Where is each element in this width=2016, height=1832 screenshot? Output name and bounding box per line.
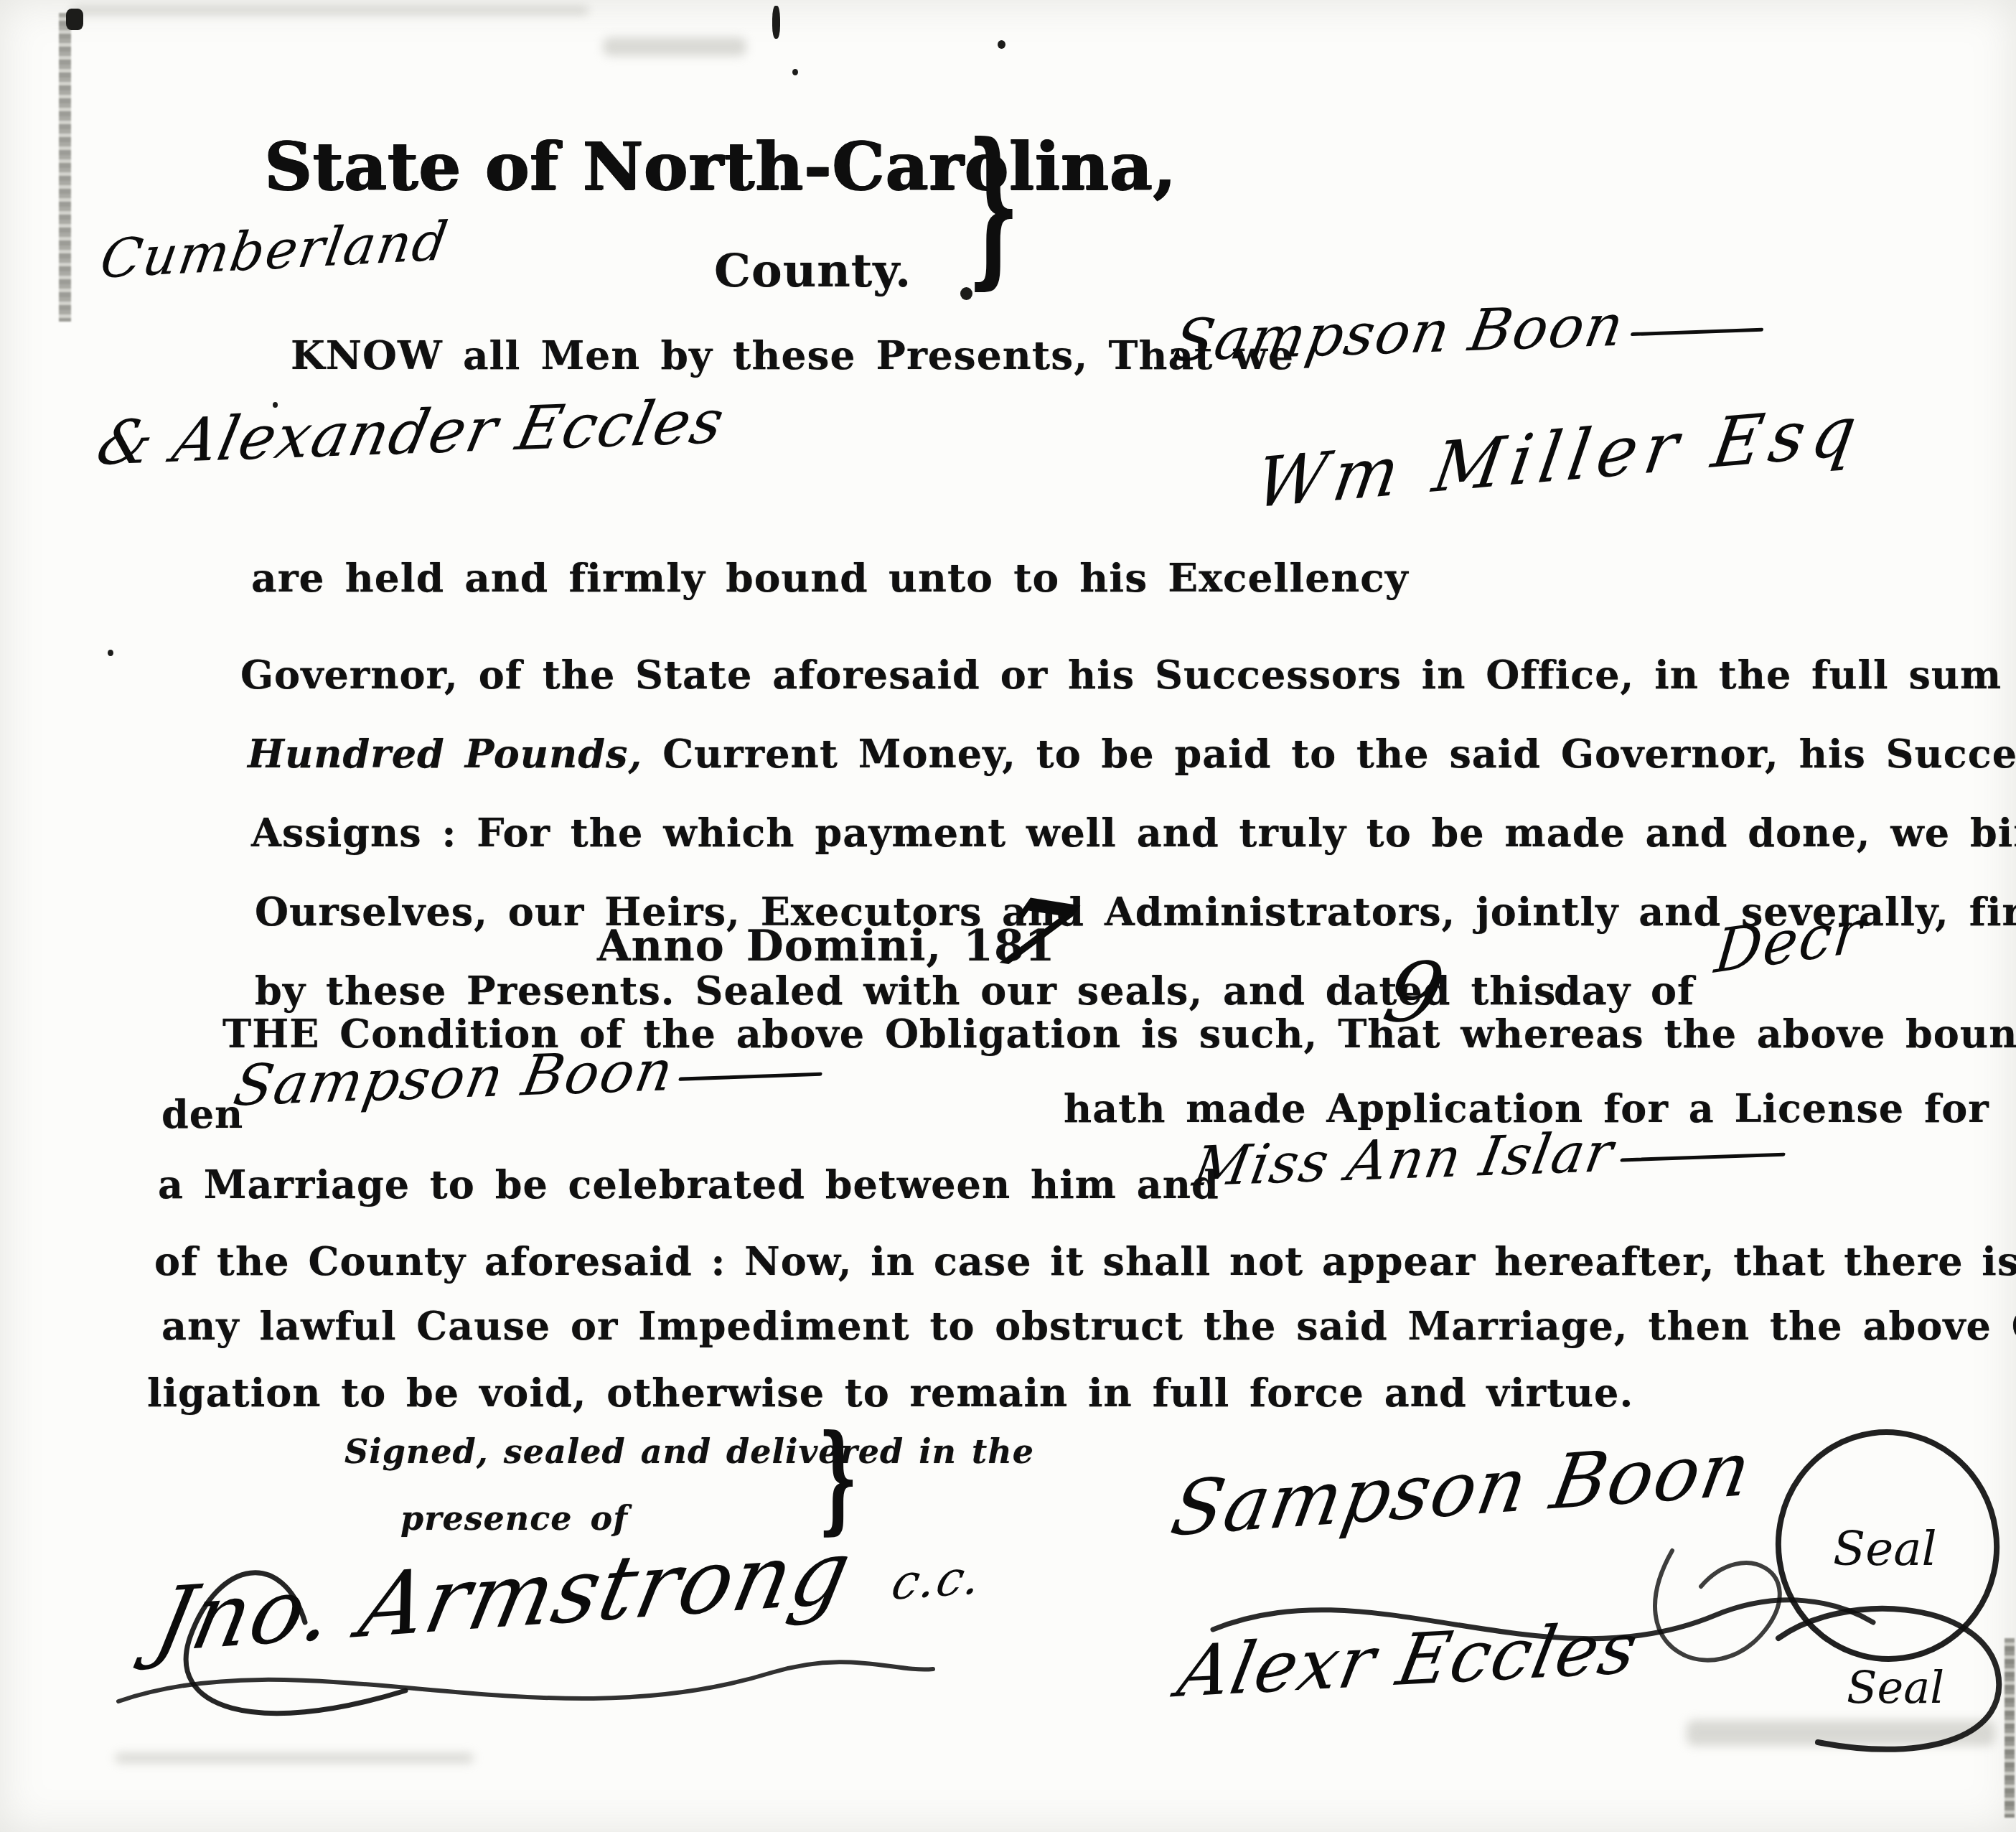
- handwritten-governor-name: Wm Miller Esq: [1250, 391, 1869, 524]
- heading-county-label: County.: [714, 244, 911, 298]
- ink-speck: [66, 9, 83, 30]
- principal-name-text: Sampson Boon: [1168, 291, 1630, 374]
- handwritten-principal-name: Sampson Boon: [1168, 286, 1771, 374]
- marriage-bond-document: State of North-Carolina, } Cumberland Co…: [0, 0, 2016, 1832]
- line-presents: by these Presents. Sealed with our seals…: [255, 968, 1557, 1014]
- line-governor-text: Governor, of the State aforesaid or his …: [240, 652, 2016, 698]
- scan-top-edge: [72, 7, 589, 14]
- ink-speck: [108, 650, 113, 656]
- scan-left-edge: [59, 13, 71, 322]
- surety-seal-text: Seal: [1847, 1661, 1944, 1714]
- attestation-brace: }: [818, 1420, 858, 1537]
- ink-speck: [998, 40, 1005, 49]
- bride-name-text: Miss Ann Islar: [1188, 1120, 1619, 1199]
- line-hundred: Hundred Pounds, Current Money, to be pai…: [248, 731, 2016, 777]
- line-county2: of the County aforesaid : Now, in case i…: [154, 1238, 2016, 1284]
- handwritten-county: Cumberland: [96, 210, 453, 291]
- flourish-dash: [678, 1072, 822, 1081]
- line-know: KNOW all Men by these Presents, That we: [291, 332, 1294, 378]
- line-marriage: a Marriage to be celebrated between him …: [158, 1162, 1219, 1207]
- line-hundred-text: Current Money, to be paid to the said Go…: [642, 731, 2016, 777]
- ink-speck: [772, 6, 780, 39]
- line-bound: are held and firmly bound unto to his Ex…: [251, 554, 1409, 601]
- line-hundred-italic: Hundred Pounds,: [248, 731, 642, 777]
- flourish-dash: [1631, 328, 1764, 336]
- line-governor: Governor, of the State aforesaid or his …: [240, 652, 2016, 698]
- paper-smudge: [603, 37, 746, 56]
- line-lawful: any lawful Cause or Impediment to obstru…: [161, 1303, 2016, 1349]
- ink-speck: [792, 69, 798, 75]
- line-day-of: day of: [1554, 968, 1694, 1014]
- principal-seal-text: Seal: [1833, 1521, 1937, 1576]
- flourish-dash: [1620, 1153, 1786, 1162]
- line-assigns: Assigns : For the which payment well and…: [251, 810, 2016, 856]
- witness-title-text: c.c.: [887, 1548, 988, 1611]
- heading-state: State of North-Carolina,: [264, 128, 1176, 205]
- heading-brace: }: [967, 123, 1019, 292]
- attestation-line2: presence of: [400, 1499, 628, 1538]
- line-void: ligation to be void, otherwise to remain…: [147, 1370, 1633, 1416]
- handwritten-surety-name: & Alexander Eccles: [91, 386, 731, 479]
- attestation-line1: Signed, sealed and delivered in the: [344, 1432, 1034, 1471]
- surety-seal: Seal: [1750, 1595, 2015, 1775]
